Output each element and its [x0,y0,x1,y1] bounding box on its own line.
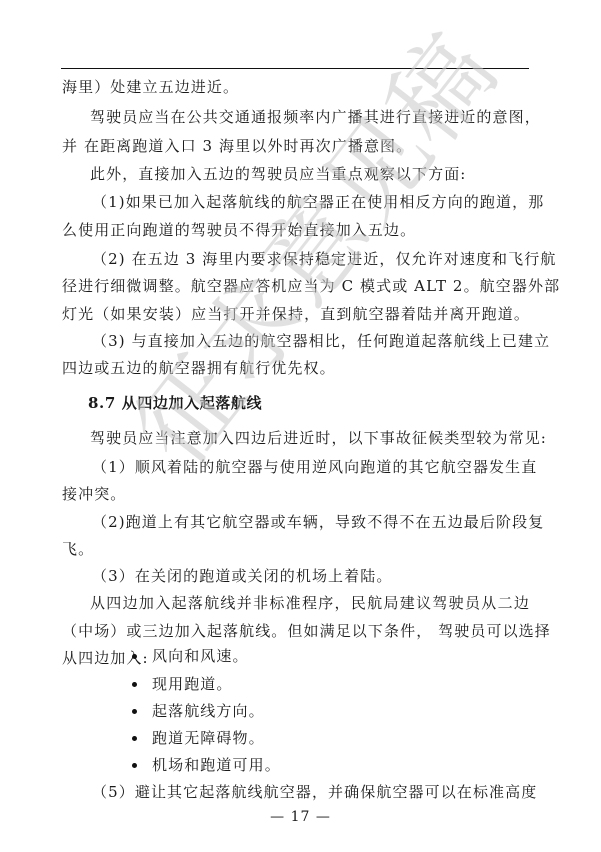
text-line: 并 在距离跑道入口 3 海里以外时再次广播意图。 [62,137,530,155]
bullet-icon [132,736,137,741]
text-line: 驾驶员应当在公共交通通报频率内广播其进行直接进近的意图， [90,108,530,126]
text-line: （1)如果已加入起落航线的航空器正在使用相反方向的跑道，那 [92,193,530,211]
text-line: （1）顺风着陆的航空器与使用逆风向跑道的其它航空器发生直 [92,458,530,476]
text-line: （5）避让其它起落航线航空器，并确保航空器可以在标准高度 [92,783,530,801]
header-rule [61,68,529,69]
bullet-icon [132,709,137,714]
text-line: 此外，直接加入五边的驾驶员应当重点观察以下方面: [90,165,530,183]
bullet-icon [132,763,137,768]
bullet-icon [132,654,137,659]
page-number: — 17 — [0,809,601,825]
bullet-icon [132,682,137,687]
bullet-item: 现用跑道。 [152,675,233,693]
text-line: 驾驶员应当注意加入四边后进近时，以下事故征候类型较为常见: [90,429,530,447]
text-line: 径进行细微调整。航空器应答机应当为 C 模式或 ALT 2。航空器外部 [62,277,530,295]
text-line: 飞。 [62,540,530,558]
text-line: 海里）处建立五边进近。 [62,78,530,96]
text-line: 接冲突。 [62,485,530,503]
text-line: （中场）或三边加入起落航线。但如满足以下条件， 驾驶员可以选择 [62,622,530,640]
text-line: （3）在关闭的跑道或关闭的机场上着陆。 [92,567,530,585]
text-line: （2) 在五边 3 海里内要求保持稳定进近，仅允许对速度和飞行航 [92,250,530,268]
bullet-item: 风向和风速。 [152,647,249,665]
text-line: 四边或五边的航空器拥有航行优先权。 [62,359,530,377]
text-line: 灯光（如果安装）应当打开并保持，直到航空器着陆并离开跑道。 [62,305,530,323]
bullet-item: 机场和跑道可用。 [152,756,281,774]
document-page: 海里）处建立五边进近。 驾驶员应当在公共交通通报频率内广播其进行直接进近的意图，… [0,0,601,852]
section-heading: 8.7 从四边加入起落航线 [88,394,556,412]
text-line: （3) 与直接加入五边的航空器相比，任何跑道起落航线上已建立 [92,332,530,350]
text-line: 么使用正向跑道的驾驶员不得开始直接加入五边。 [62,221,530,239]
bullet-item: 跑道无障碍物。 [152,729,265,747]
text-line: （2)跑道上有其它航空器或车辆，导致不得不在五边最后阶段复 [92,513,530,531]
text-line: 从四边加入起落航线并非标准程序，民航局建议驾驶员从二边 [90,594,530,612]
bullet-item: 起落航线方向。 [152,702,265,720]
